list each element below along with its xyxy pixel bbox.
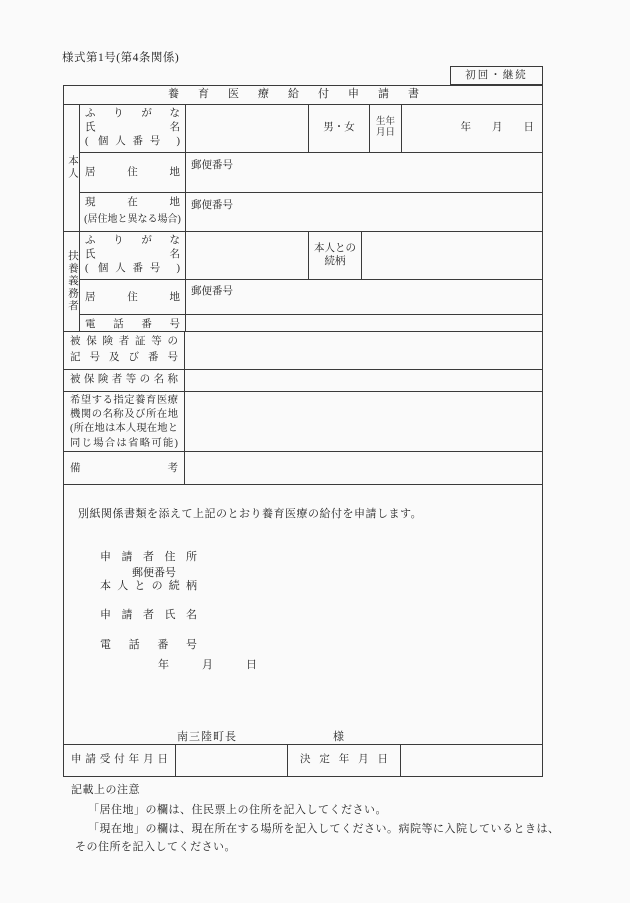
guardian-relation-field [362,232,542,279]
note-line: その住所を記入してください。 [75,838,236,854]
insured-cert-label-line1: 被保険者証等の [70,334,178,350]
birth-label-top: 生年 [376,117,395,128]
insured-name-field [185,370,542,391]
name-label: 氏名 [85,121,180,135]
application-form-table: 養育医療給付申請書 本人 ふりがな 氏名 ( 個人番号 ) 男・女 生年 月日 … [63,85,543,777]
person-name-field [186,105,309,152]
application-date-line: 年 月 日 [158,656,257,672]
hospital-row: 希望する指定養育医療 機関の名称及び所在地 (所在地は本人現在地と 同じ場合は省… [64,391,542,451]
person-current-address-row: 現在地 (居住地と異なる場合) 郵便番号 [80,192,542,231]
guardian-name-field [186,232,309,279]
relation-label-bottom: 続柄 [325,255,346,269]
hospital-label-line3: (所在地は本人現在地と [70,422,178,436]
guardian-phone-field [186,315,542,331]
guardian-section: 扶養義務者 ふりがな 氏名 ( 個人番号 ) 本人との 続柄 居住地 郵便番号 [64,231,542,331]
person-name-row: ふりがな 氏名 ( 個人番号 ) 男・女 生年 月日 年 月 日 [80,105,542,152]
hospital-label-cell: 希望する指定養育医療 機関の名称及び所在地 (所在地は本人現在地と 同じ場合は省… [64,392,185,451]
received-date-label: 申請受付年月日 [64,745,176,776]
residence-label: 居住地 [80,153,186,192]
form-title-row: 養育医療給付申請書 [64,86,542,104]
furigana-label: ふりがな [85,107,180,121]
relation-label-cell: 本人との 続柄 [309,232,362,279]
postal-code-label: 郵便番号 [191,200,233,211]
person-residence-field: 郵便番号 [186,153,542,192]
applicant-phone-label: 電話番号 [100,636,197,652]
guardian-name-label-cell: ふりがな 氏名 ( 個人番号 ) [80,232,186,279]
person-section: 本人 ふりがな 氏名 ( 個人番号 ) 男・女 生年 月日 年 月 日 居住地 [64,104,542,231]
current-address-note: (居住地と異なる場合) [82,211,183,229]
guardian-group-label: 扶養義務者 [64,232,80,331]
decision-date-field [401,745,542,776]
person-current-address-field: 郵便番号 [186,193,542,231]
guardian-residence-row: 居住地 郵便番号 [80,279,542,314]
sex-label-cell: 男・女 [309,105,370,152]
birth-date-label-cell: 生年 月日 [370,105,402,152]
guardian-phone-row: 電話番号 [80,314,542,331]
phase-selection-box: 初回・継続 [450,66,543,85]
insured-name-label: 被保険者等の名称 [64,370,185,391]
person-name-label-cell: ふりがな 氏名 ( 個人番号 ) [80,105,186,152]
insured-cert-field [185,332,542,369]
note-line: 「現在地」の欄は、現在所在する場所を記入してください。病院等に入院しているときは… [88,820,560,836]
insured-cert-label-cell: 被保険者証等の 記号及び番号 [64,332,185,369]
postal-code-label: 郵便番号 [191,160,233,171]
form-number-label: 様式第1号(第4条関係) [62,49,179,65]
current-address-label: 現在地 [85,195,180,211]
remarks-row: 備考 [64,451,542,484]
applicant-address-label: 申請者住所 [100,548,197,564]
application-statement: 別紙関係書類を添えて上記のとおり養育医療の給付を申請します。 [78,505,422,521]
insured-name-row: 被保険者等の名称 [64,369,542,391]
application-section: 別紙関係書類を添えて上記のとおり養育医療の給付を申請します。 申請者住所 郵便番… [64,484,542,745]
received-date-field [176,745,288,776]
applicant-relation-label: 本人との続柄 [100,577,197,593]
office-use-row: 申請受付年月日 決定年月日 [64,744,542,776]
hospital-field [185,392,542,451]
form-title: 養育医療給付申請書 [64,86,542,104]
phone-label: 電話番号 [80,315,186,331]
furigana-label: ふりがな [85,234,180,248]
birth-label-bottom: 月日 [376,128,395,139]
notes-heading: 記載上の注意 [71,781,140,797]
hospital-label-line4: 同じ場合は省略可能) [70,437,178,451]
remarks-field [185,452,542,484]
hospital-label-line1: 希望する指定養育医療 [70,394,178,408]
decision-date-label: 決定年月日 [288,745,401,776]
remarks-label: 備考 [64,452,185,484]
person-group-label: 本人 [64,105,80,231]
relation-label-top: 本人との [314,242,356,256]
personal-number-label: ( 個人番号 ) [85,135,180,149]
note-line: 「居住地」の欄は、住民票上の住所を記入してください。 [88,801,387,817]
insured-cert-row: 被保険者証等の 記号及び番号 [64,331,542,369]
postal-code-label: 郵便番号 [191,286,233,297]
mayor-name: 南三陸町長 [177,728,237,744]
person-birth-date-field: 年 月 日 [402,105,542,152]
guardian-name-row: ふりがな 氏名 ( 個人番号 ) 本人との 続柄 [80,232,542,279]
residence-label: 居住地 [80,280,186,314]
personal-number-label: ( 個人番号 ) [85,262,180,276]
person-residence-row: 居住地 郵便番号 [80,152,542,192]
name-label: 氏名 [85,248,180,262]
current-address-label-cell: 現在地 (居住地と異なる場合) [80,193,186,231]
guardian-residence-field: 郵便番号 [186,280,542,314]
honorific-label: 様 [333,728,344,744]
insured-cert-label-line2: 記号及び番号 [70,350,178,366]
applicant-name-label: 申請者氏名 [100,606,197,622]
hospital-label-line2: 機関の名称及び所在地 [70,408,178,422]
